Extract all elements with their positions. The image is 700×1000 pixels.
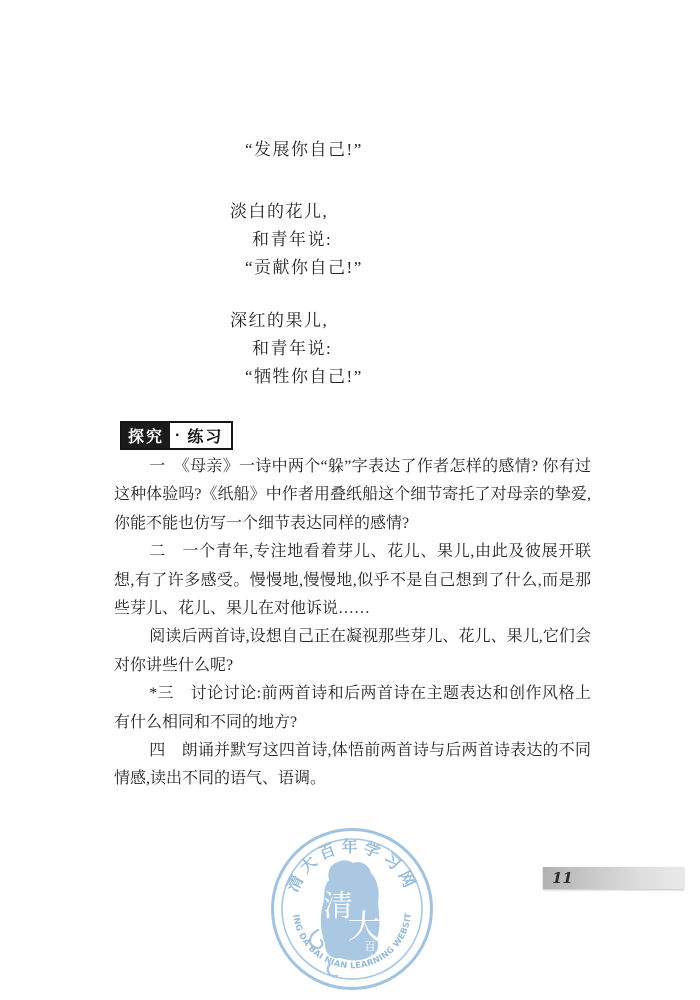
watermark-seal-icon: 清 大 百 年 清大百年学习网 QING DA BAI NIAN LEARNIN…: [264, 826, 440, 996]
exercise-header-secondary-wrap: · 练习: [170, 423, 231, 448]
exercise-questions: 一 《母亲》一诗中两个“躲”字表达了作者怎样的感情? 你有过这种体验吗?《纸船》…: [114, 453, 591, 794]
exercise-header-secondary: 练习: [187, 424, 223, 447]
watermark-seal-small-char: 百: [365, 940, 376, 953]
poem-line: “贡献你自己!”: [245, 254, 363, 282]
poem-line: “牺牲你自己!”: [245, 363, 363, 391]
page-number-bar: 11: [543, 867, 684, 889]
exercise-header-primary: 探究: [122, 423, 170, 448]
exercise-header-separator: ·: [175, 427, 182, 445]
poem-line: 深红的果儿,: [230, 307, 363, 335]
poem-stanza: 淡白的花儿, 和青年说: “贡献你自己!”: [230, 198, 363, 282]
poem-excerpt: “发展你自己!” 淡白的花儿, 和青年说: “贡献你自己!” 深红的果儿, 和青…: [230, 136, 363, 391]
question-2: 二 一个青年,专注地看着芽儿、花儿、果儿,由此及彼展开联想,有了许多感受。慢慢地…: [114, 538, 591, 623]
exercise-section-header: 探究 · 练习: [120, 421, 233, 450]
poem-line: 淡白的花儿,: [230, 198, 363, 226]
poem-stanza: 深红的果儿, 和青年说: “牺牲你自己!”: [230, 307, 363, 391]
question-4: 四 朗诵并默写这四首诗,体悟前两首诗与后两首诗表达的不同情感,读出不同的语气、语…: [114, 737, 591, 794]
poem-line: 和青年说:: [252, 335, 363, 363]
question-2-followup: 阅读后两首诗,设想自己正在凝视那些芽儿、花儿、果儿,它们会对你讲些什么呢?: [114, 623, 591, 680]
poem-line: “发展你自己!”: [245, 136, 363, 164]
question-1: 一 《母亲》一诗中两个“躲”字表达了作者怎样的感情? 你有过这种体验吗?《纸船》…: [114, 453, 591, 538]
question-3: *三 讨论讨论:前两首诗和后两首诗在主题表达和创作风格上有什么相同和不同的地方?: [114, 680, 591, 737]
poem-line: 和青年说:: [252, 226, 363, 254]
textbook-page: “发展你自己!” 淡白的花儿, 和青年说: “贡献你自己!” 深红的果儿, 和青…: [0, 0, 700, 1000]
page-number: 11: [552, 867, 573, 889]
poem-stanza: “发展你自己!”: [230, 136, 363, 164]
